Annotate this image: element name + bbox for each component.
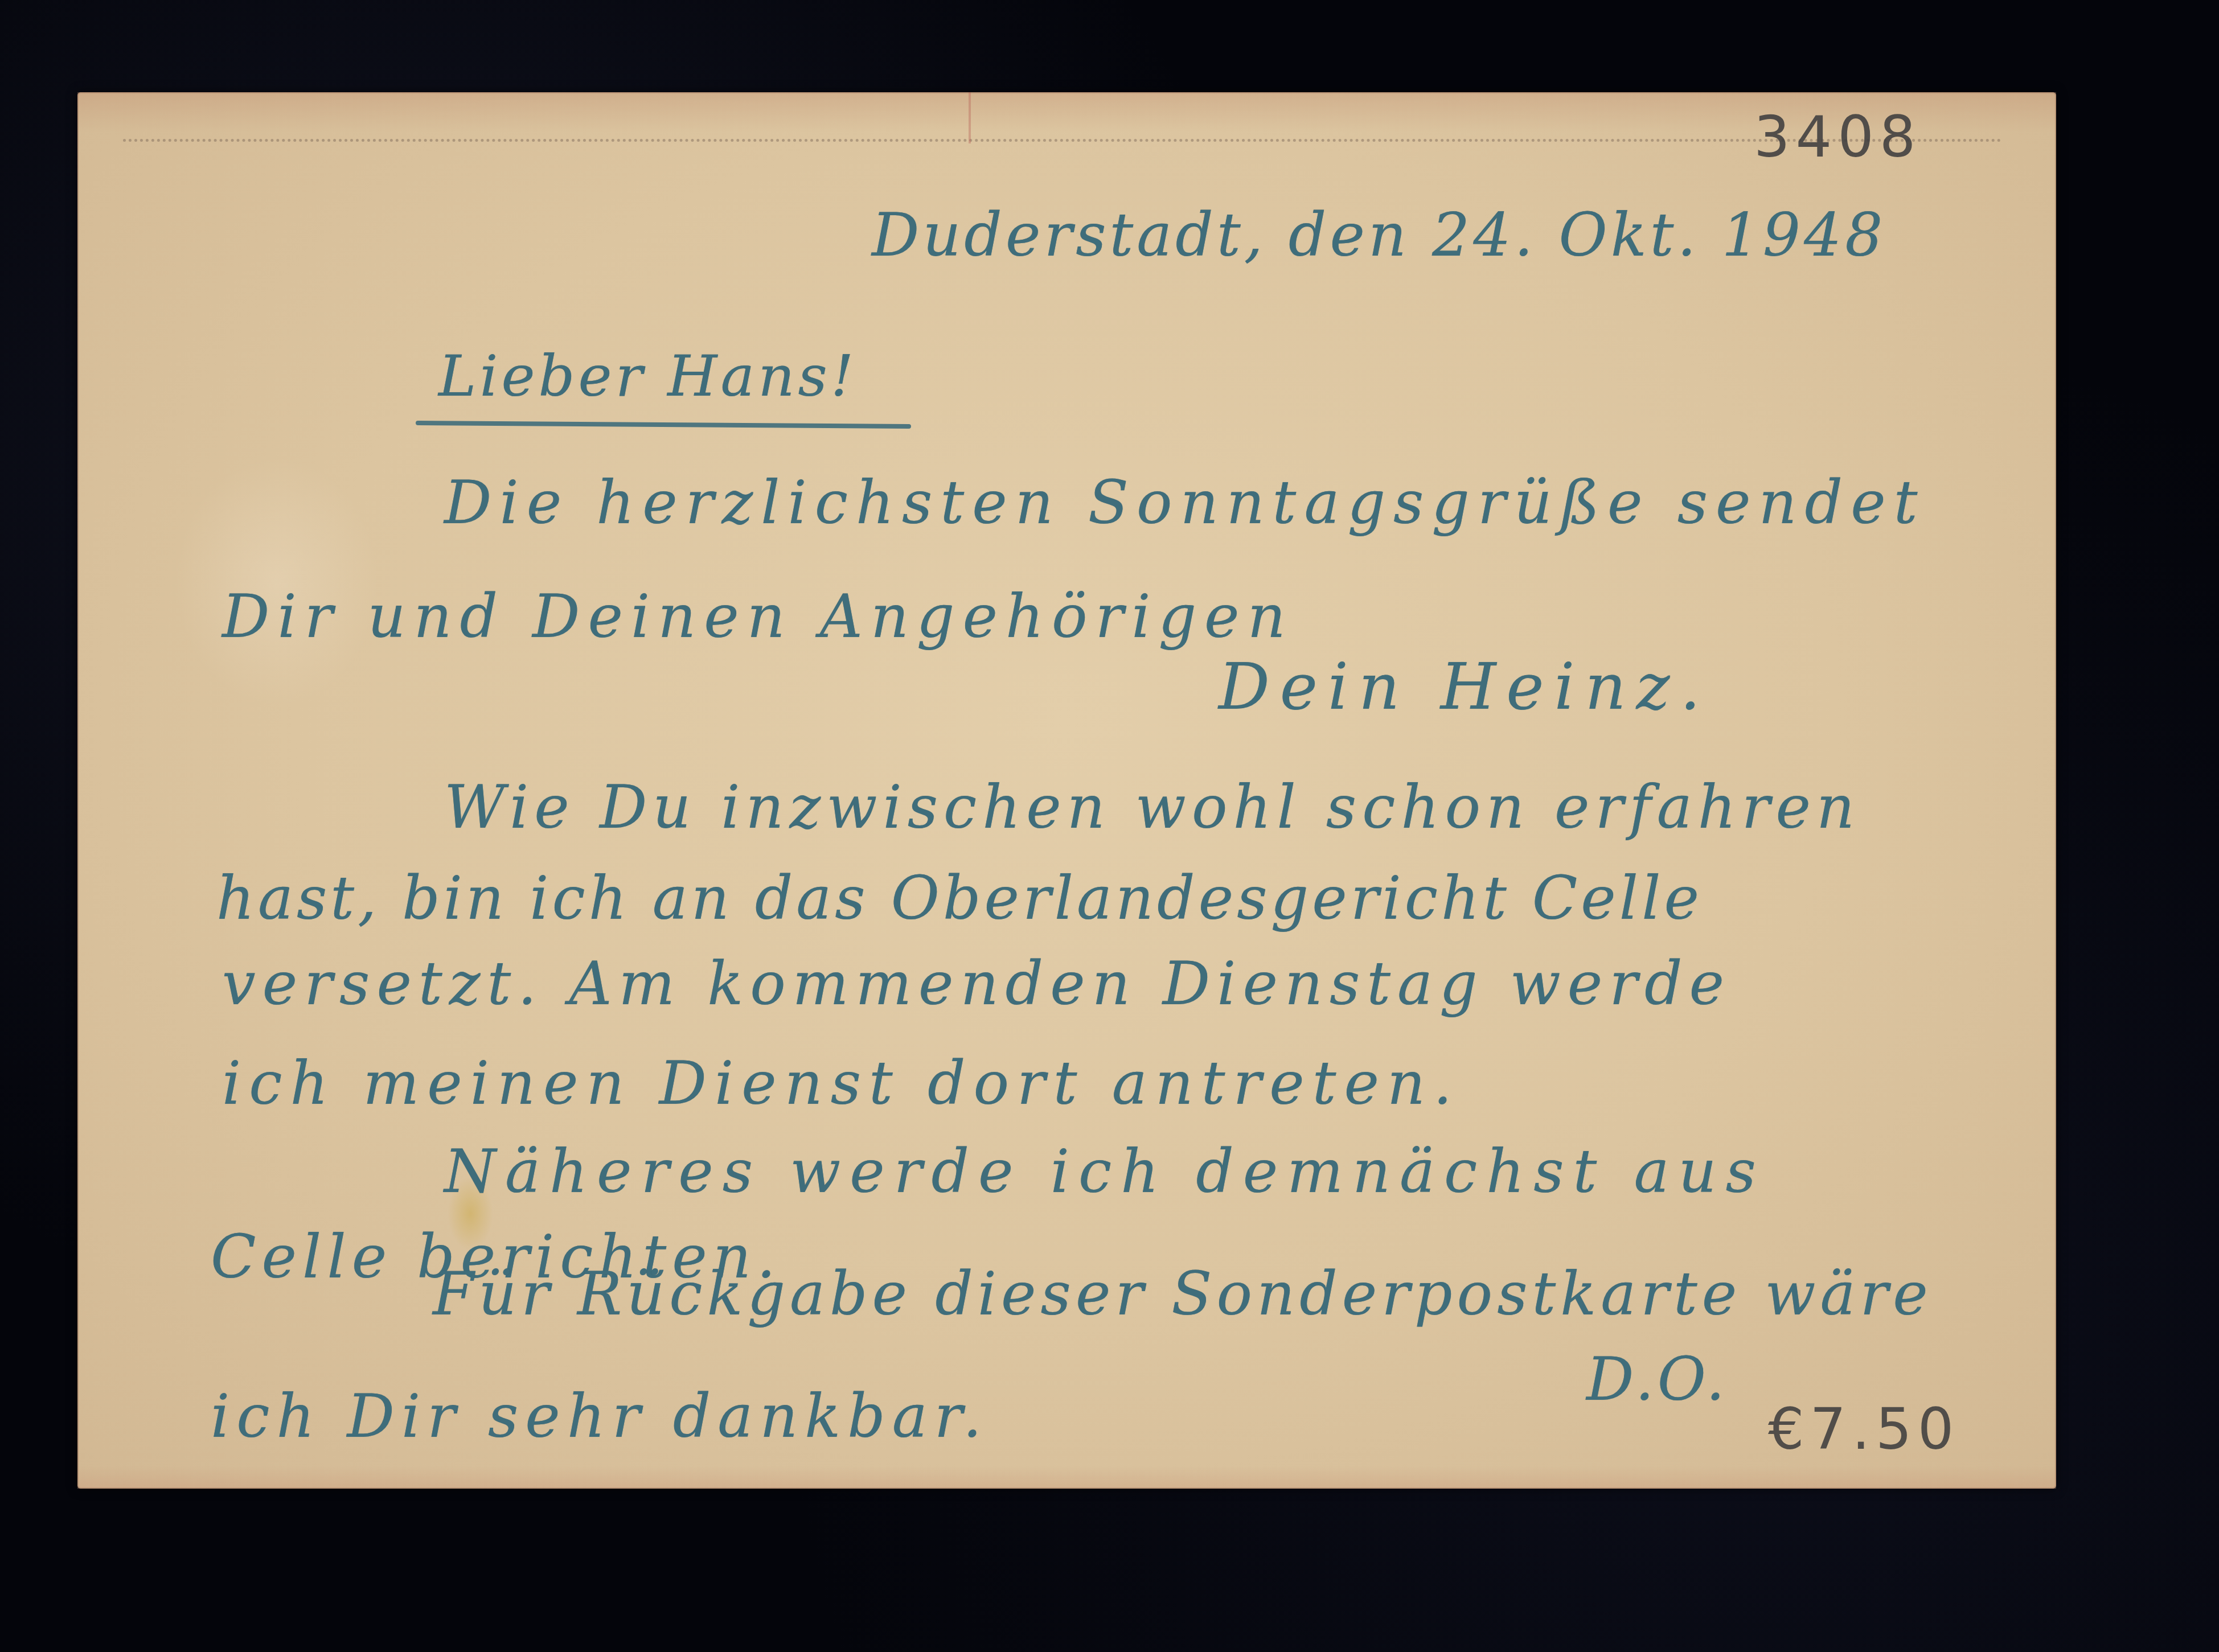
body-line-5: hast, bin ich an das Oberlandesgericht C… <box>216 864 1703 933</box>
body-line-2: Dir und Deinen Angehörigen <box>222 582 1294 651</box>
printed-dotted-rule <box>123 139 2002 142</box>
postcard: 3408 Duderstadt, den 24. Okt. 1948 Liebe… <box>77 92 2056 1489</box>
initials: D.O. <box>1586 1345 1728 1414</box>
salutation-underline <box>416 421 911 429</box>
place-date-line: Duderstadt, den 24. Okt. 1948 <box>872 200 1886 270</box>
body-line-4: Wie Du inzwischen wohl schon erfahren <box>444 772 1860 842</box>
card-bottom-edge-discoloration <box>77 1466 2056 1489</box>
body-line-8: Näheres werde ich demnächst aus <box>444 1137 1765 1206</box>
archive-number: 3408 <box>1754 104 1922 170</box>
price-note: €7.50 <box>1768 1396 1959 1462</box>
salutation: Lieber Hans! <box>438 343 857 409</box>
body-line-6: versetzt. Am kommenden Dienstag werde <box>222 949 1731 1018</box>
body-line-7: ich meinen Dienst dort antreten. <box>222 1049 1460 1118</box>
body-line-1: Die herzlichsten Sonntagsgrüße sendet <box>444 468 1926 537</box>
body-line-10: Für Rückgabe dieser Sonderpostkarte wäre <box>433 1259 1933 1329</box>
body-line-11: ich Dir sehr dankbar. <box>211 1382 988 1451</box>
signature-heinz: Dein Heinz. <box>1219 650 1711 724</box>
red-edge-mark <box>969 92 971 143</box>
